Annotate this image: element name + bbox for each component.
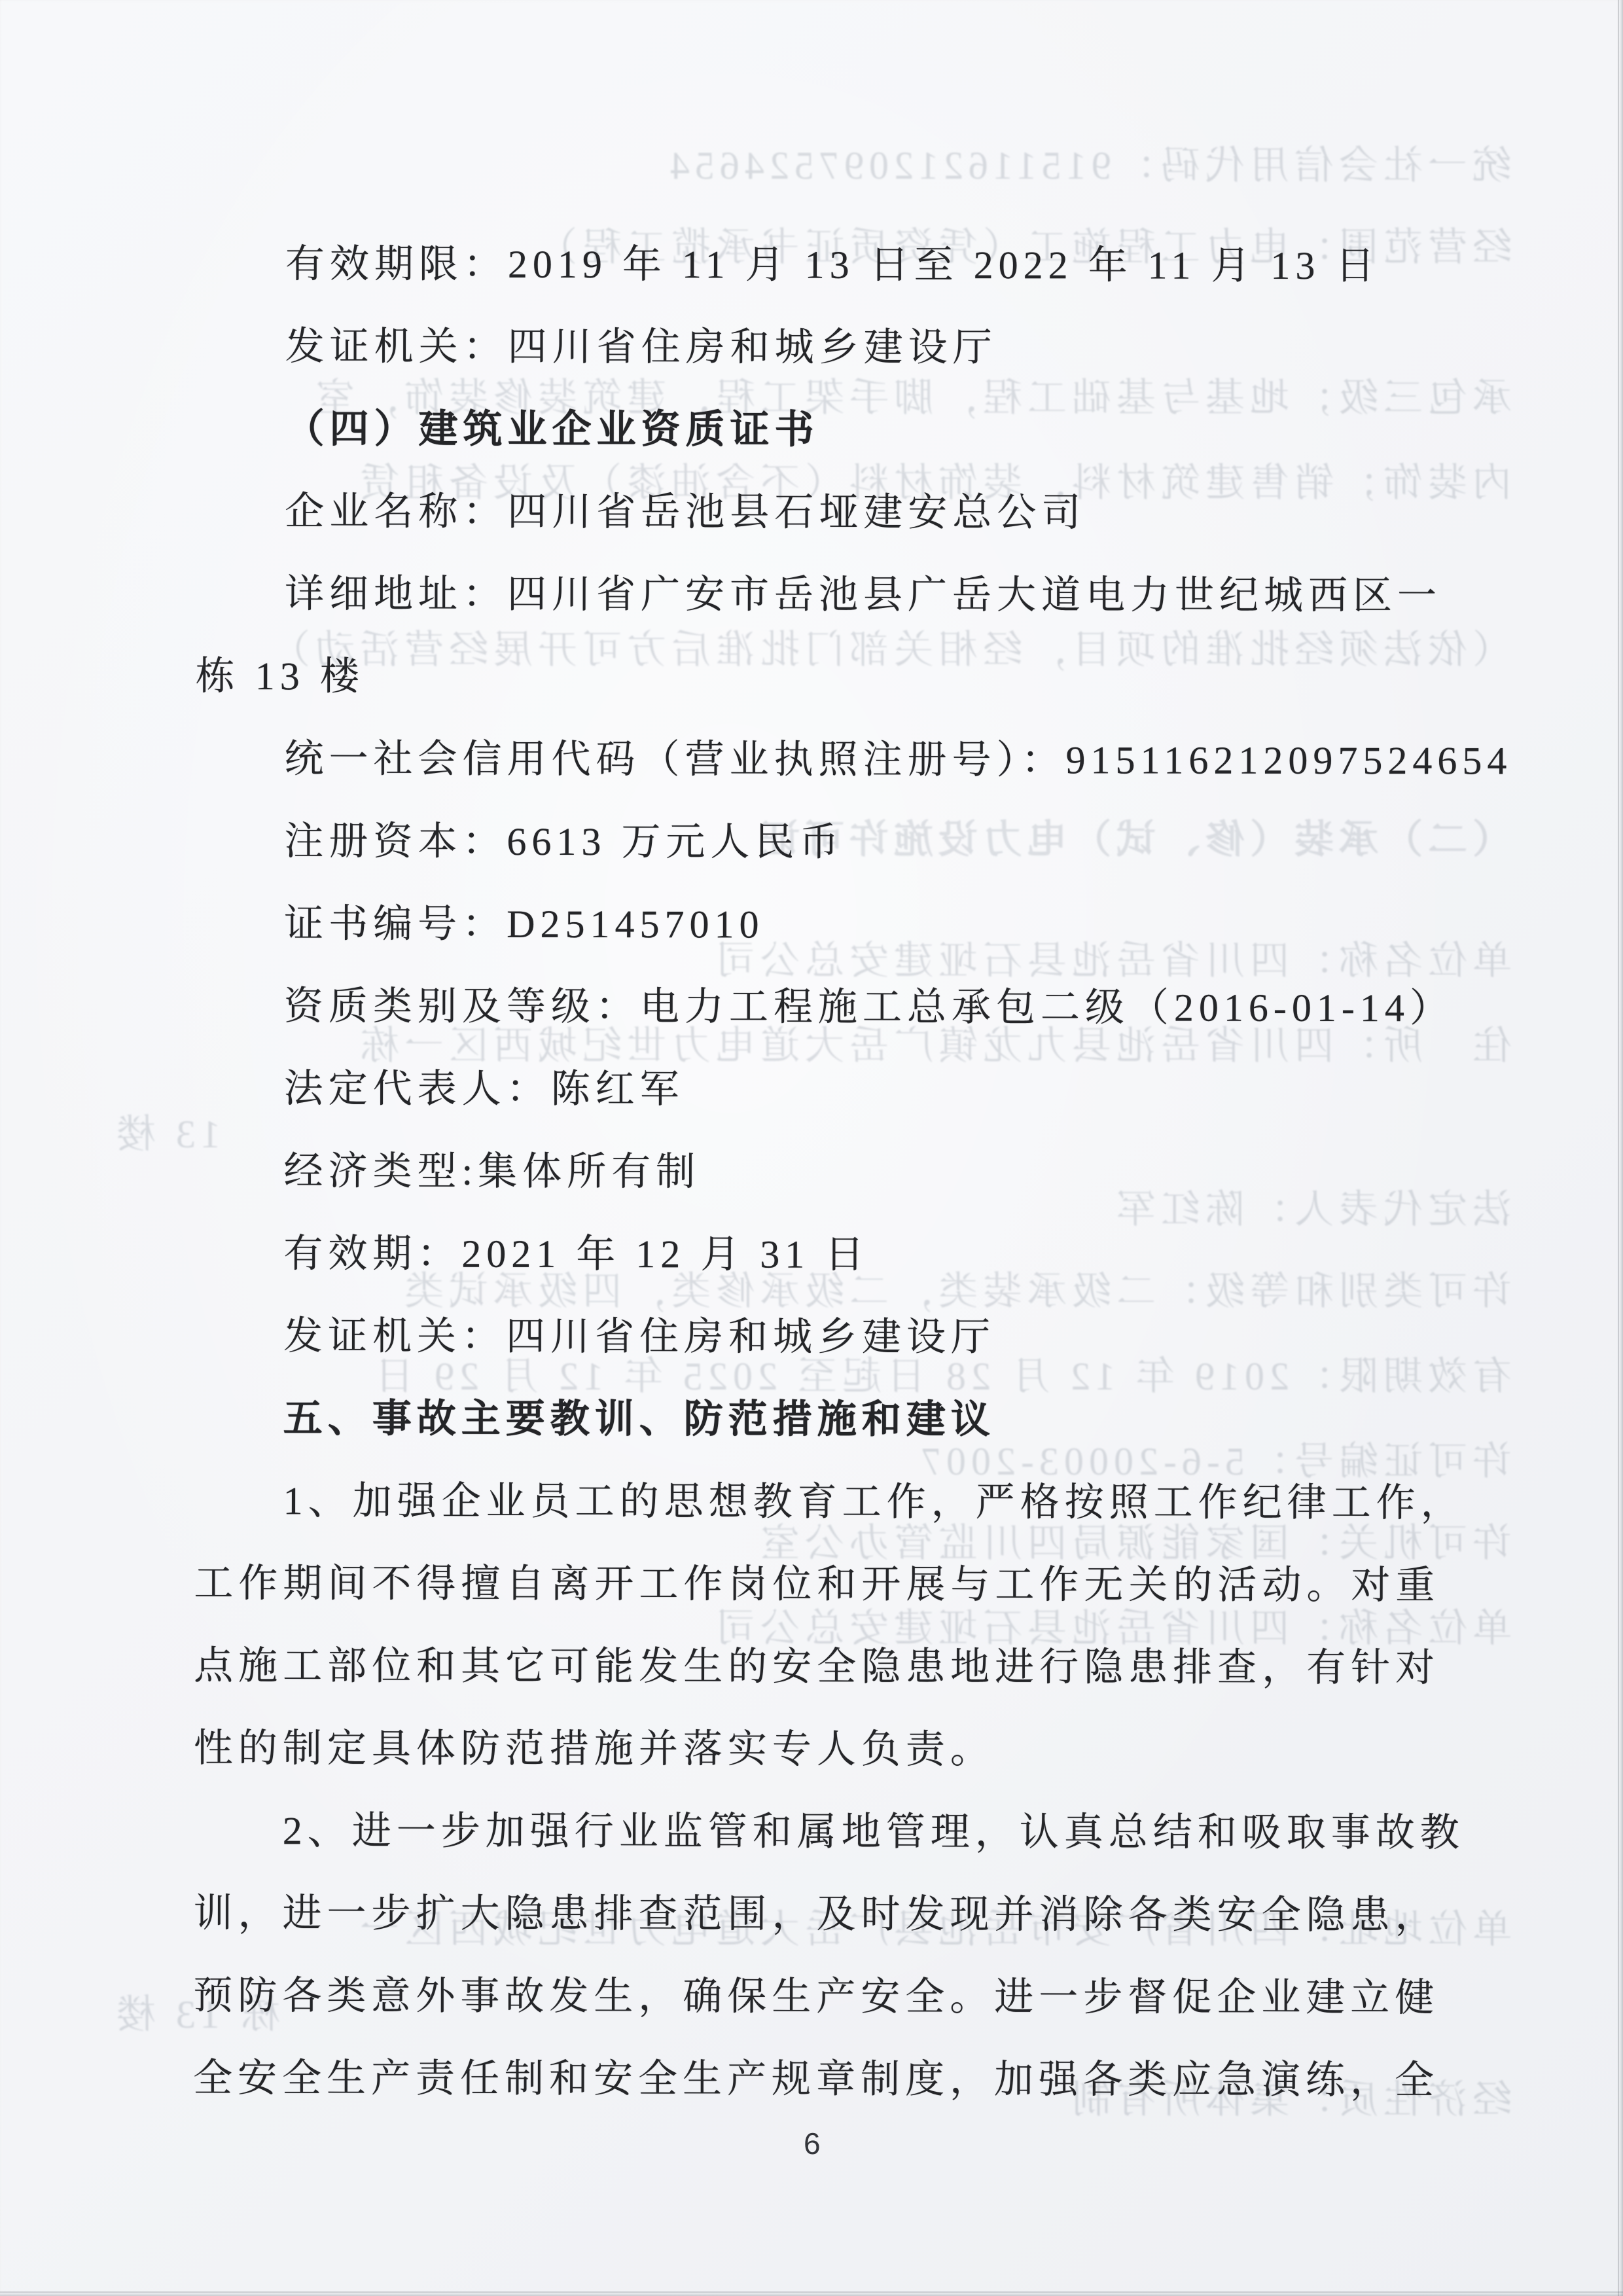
paragraph-2-line-1: 2、进一步加强行业监管和属地管理，认真总结和吸取事故教 (194, 1799, 1465, 1857)
field-address-line-2: 栋 13 楼 (196, 645, 365, 701)
bleedthrough-line: 法定代表人：陈红军 (1111, 1178, 1512, 1234)
field-valid-period: 有效期限：2019 年 11 月 13 日至 2022 年 11 月 13 日 (196, 232, 1380, 291)
paragraph-1-line-4: 性的制定具体防范措施并落实专人负责。 (194, 1717, 995, 1774)
field-qualification-grade: 资质类别及等级：电力工程施工总承包二级（2016-01-14） (195, 975, 1454, 1033)
scanned-document-page: 统一社会信用代码：915116212097524654 经营范围：电力工程施工（… (0, 0, 1623, 2296)
paragraph-1-line-3: 点施工部位和其它可能发生的安全隐患地进行隐患排查，有针对 (194, 1634, 1440, 1693)
field-address-line-1: 详细地址：四川省广安市岳池县广岳大道电力世纪城西区一 (196, 562, 1442, 620)
paragraph-2-line-4: 全安全生产责任制和安全生产规章制度，加强各类应急演练，全 (193, 2047, 1439, 2105)
section-heading-lessons: 五、事故主要教训、防范措施和建议 (194, 1387, 995, 1444)
field-certificate-number: 证书编号：D251457010 (195, 892, 764, 950)
field-legal-representative: 法定代表人：陈红军 (195, 1057, 685, 1114)
field-issuing-authority: 发证机关：四川省住房和城乡建设厅 (196, 315, 997, 372)
scan-edge-right (1618, 0, 1619, 2296)
field-expiry-date: 有效期：2021 年 12 月 31 日 (194, 1222, 869, 1280)
paragraph-2-line-3: 预防各类意外事故发生，确保生产安全。进一步督促企业建立健 (193, 1964, 1439, 2022)
paragraph-1-line-2: 工作期间不得擅自离开工作岗位和开展与工作无关的活动。对重 (194, 1552, 1440, 1610)
bleedthrough-line: 统一社会信用代码：915116212097524654 (665, 134, 1512, 190)
bleedthrough-line: （二）承装（修、试）电力设施许可证 (755, 808, 1512, 865)
document-text-block: 有效期限：2019 年 11 月 13 日至 2022 年 11 月 13 日 … (196, 232, 1456, 234)
scan-edge-bottom (0, 2291, 1623, 2293)
section-heading-certificate: （四）建筑业企业资质证书 (196, 397, 819, 455)
page-number: 6 (804, 2126, 821, 2161)
field-issuing-authority-2: 发证机关：四川省住房和城乡建设厅 (194, 1304, 995, 1362)
field-company-name: 企业名称：四川省岳池县石垭建安总公司 (196, 480, 1086, 537)
paragraph-2-line-2: 训，进一步扩大隐患排查范围，及时发现并消除各类安全隐患， (193, 1882, 1439, 1940)
field-economic-type: 经济类型:集体所有制 (194, 1139, 700, 1196)
field-registered-capital: 注册资本：6613 万元人民币 (195, 810, 844, 867)
field-credit-code: 统一社会信用代码（营业执照注册号）：915116212097524654 (196, 727, 1512, 786)
paragraph-1-line-1: 1、加强企业员工的思想教育工作，严格按照工作纪律工作， (194, 1469, 1465, 1528)
bleedthrough-line: （依法须经批准的项目，经相关部门批准后方可开展经营活动） (266, 619, 1512, 675)
